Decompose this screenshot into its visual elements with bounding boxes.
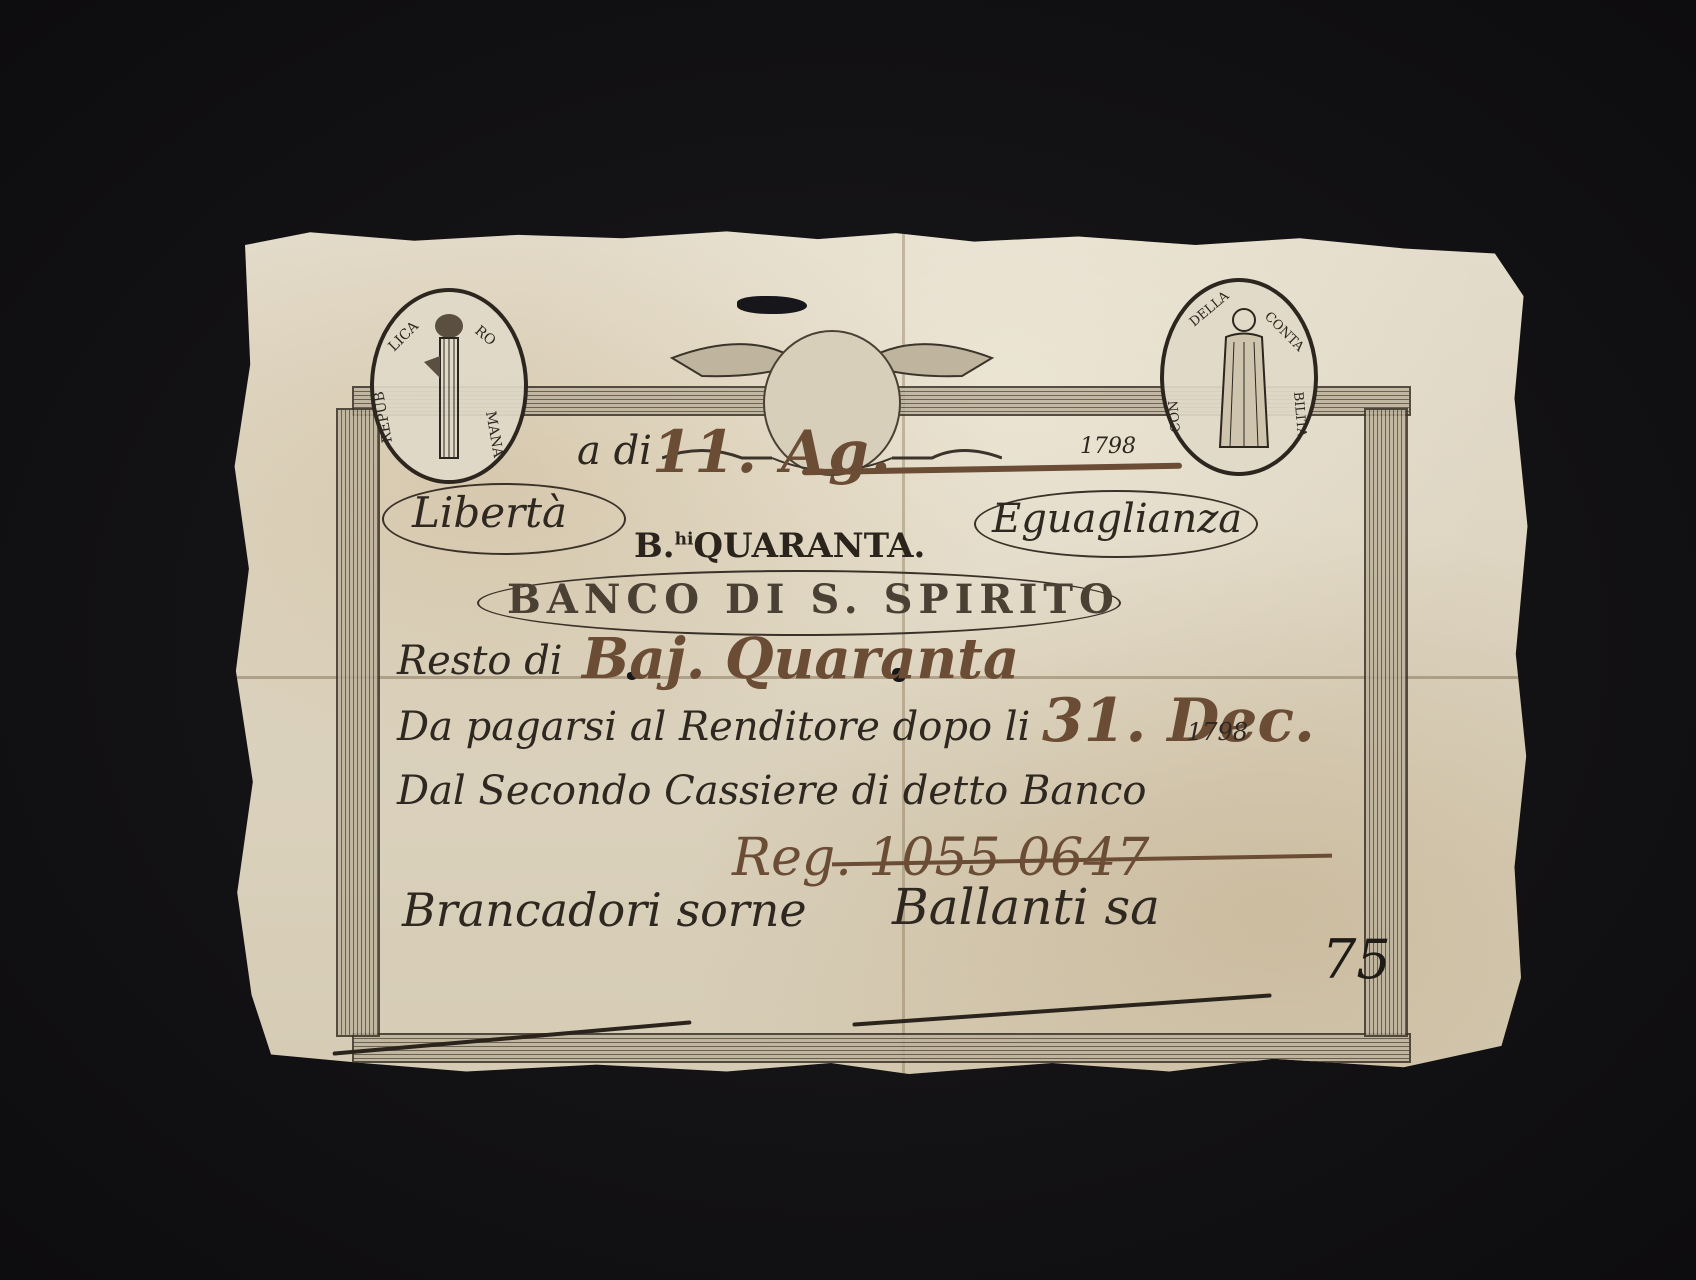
svg-text:BILITA: BILITA [1290,391,1309,439]
denomination: B.hiQUARANTA. [634,526,925,566]
motto-liberta: Libertà [412,488,567,537]
banknote: LICA RO MANA REPUB DELLA CONTA BILITA CO… [232,228,1534,1080]
handwritten-amount: Baj. Quaranta [582,626,1019,692]
fasces-border-left [336,408,380,1037]
signature-flourish-right [852,993,1271,1026]
bank-name: BANCO DI S. SPIRITO [507,576,1120,623]
fasces-liberty-cap-icon: LICA RO MANA REPUB [374,292,524,480]
svg-text:CON: CON [1166,400,1184,433]
svg-text:LICA: LICA [386,318,423,355]
payable-clause: Da pagarsi al Renditore dopo li [397,704,1030,750]
signature-right: Ballanti sa [892,878,1160,936]
handwritten-due-date: 31. Dec. [1042,686,1315,756]
svg-text:REPUB: REPUB [374,390,396,444]
motto-eguaglianza: Eguaglianza [992,496,1242,542]
republica-romana-seal: LICA RO MANA REPUB [370,288,528,484]
denomination-text: QUARANTA. [693,526,925,566]
date-prefix: a di [577,428,652,474]
svg-text:DELLA: DELLA [1187,288,1233,330]
cashier-clause: Dal Secondo Cassiere di detto Banco [397,768,1146,814]
svg-text:CONTA: CONTA [1261,309,1307,355]
denomination-prefix: B. [634,526,675,566]
signature-left: Brancadori sorne [402,883,807,937]
standing-woman-figure-icon: DELLA CONTA BILITA CON [1164,282,1314,472]
svg-text:MANA: MANA [482,410,506,460]
contabilita-seal: DELLA CONTA BILITA CON [1160,278,1318,476]
resto-di-label: Resto di [397,638,563,684]
svg-text:RO: RO [471,323,498,349]
printed-year: 1798 [1080,434,1136,459]
due-year: 1798 [1187,718,1248,746]
corner-number: 75 [1322,928,1391,991]
handwritten-date: 11. Ag. [652,418,893,486]
denomination-superscript: hi [675,530,694,550]
